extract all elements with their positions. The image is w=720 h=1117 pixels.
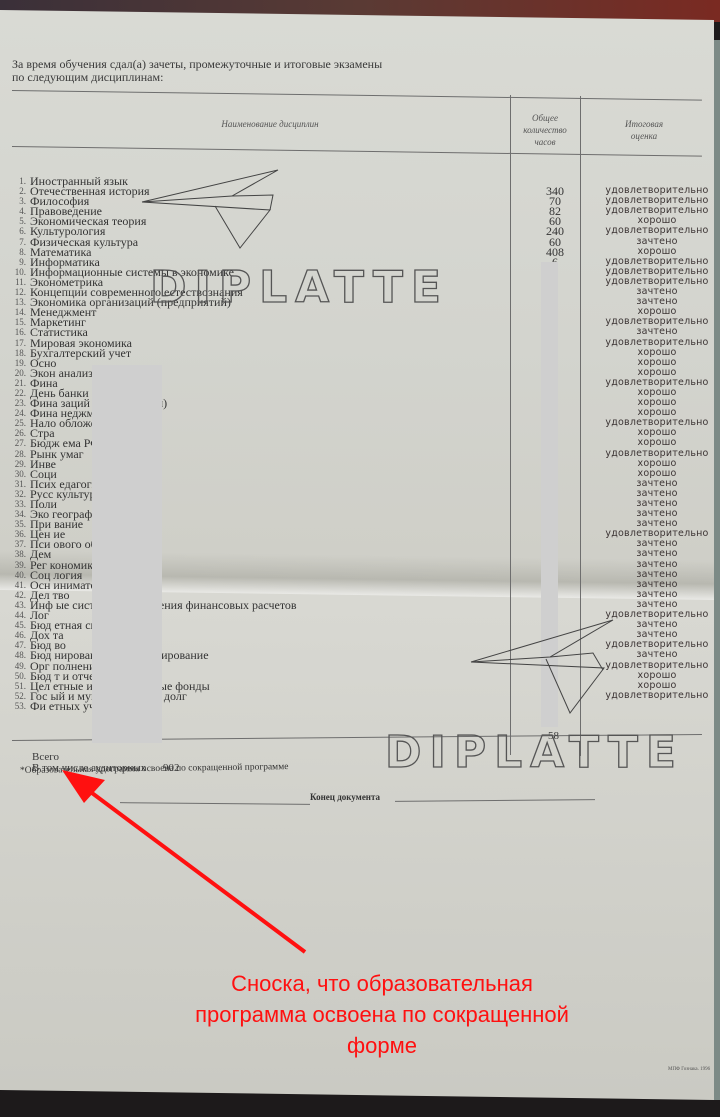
overlay-graphics [0,0,720,1117]
paper-plane-icon-upper [142,170,278,248]
annotation-arrow-icon [62,770,305,952]
annotation-callout: Сноска, что образовательная программа ос… [132,968,632,1061]
paper-plane-icon-lower [471,620,613,713]
